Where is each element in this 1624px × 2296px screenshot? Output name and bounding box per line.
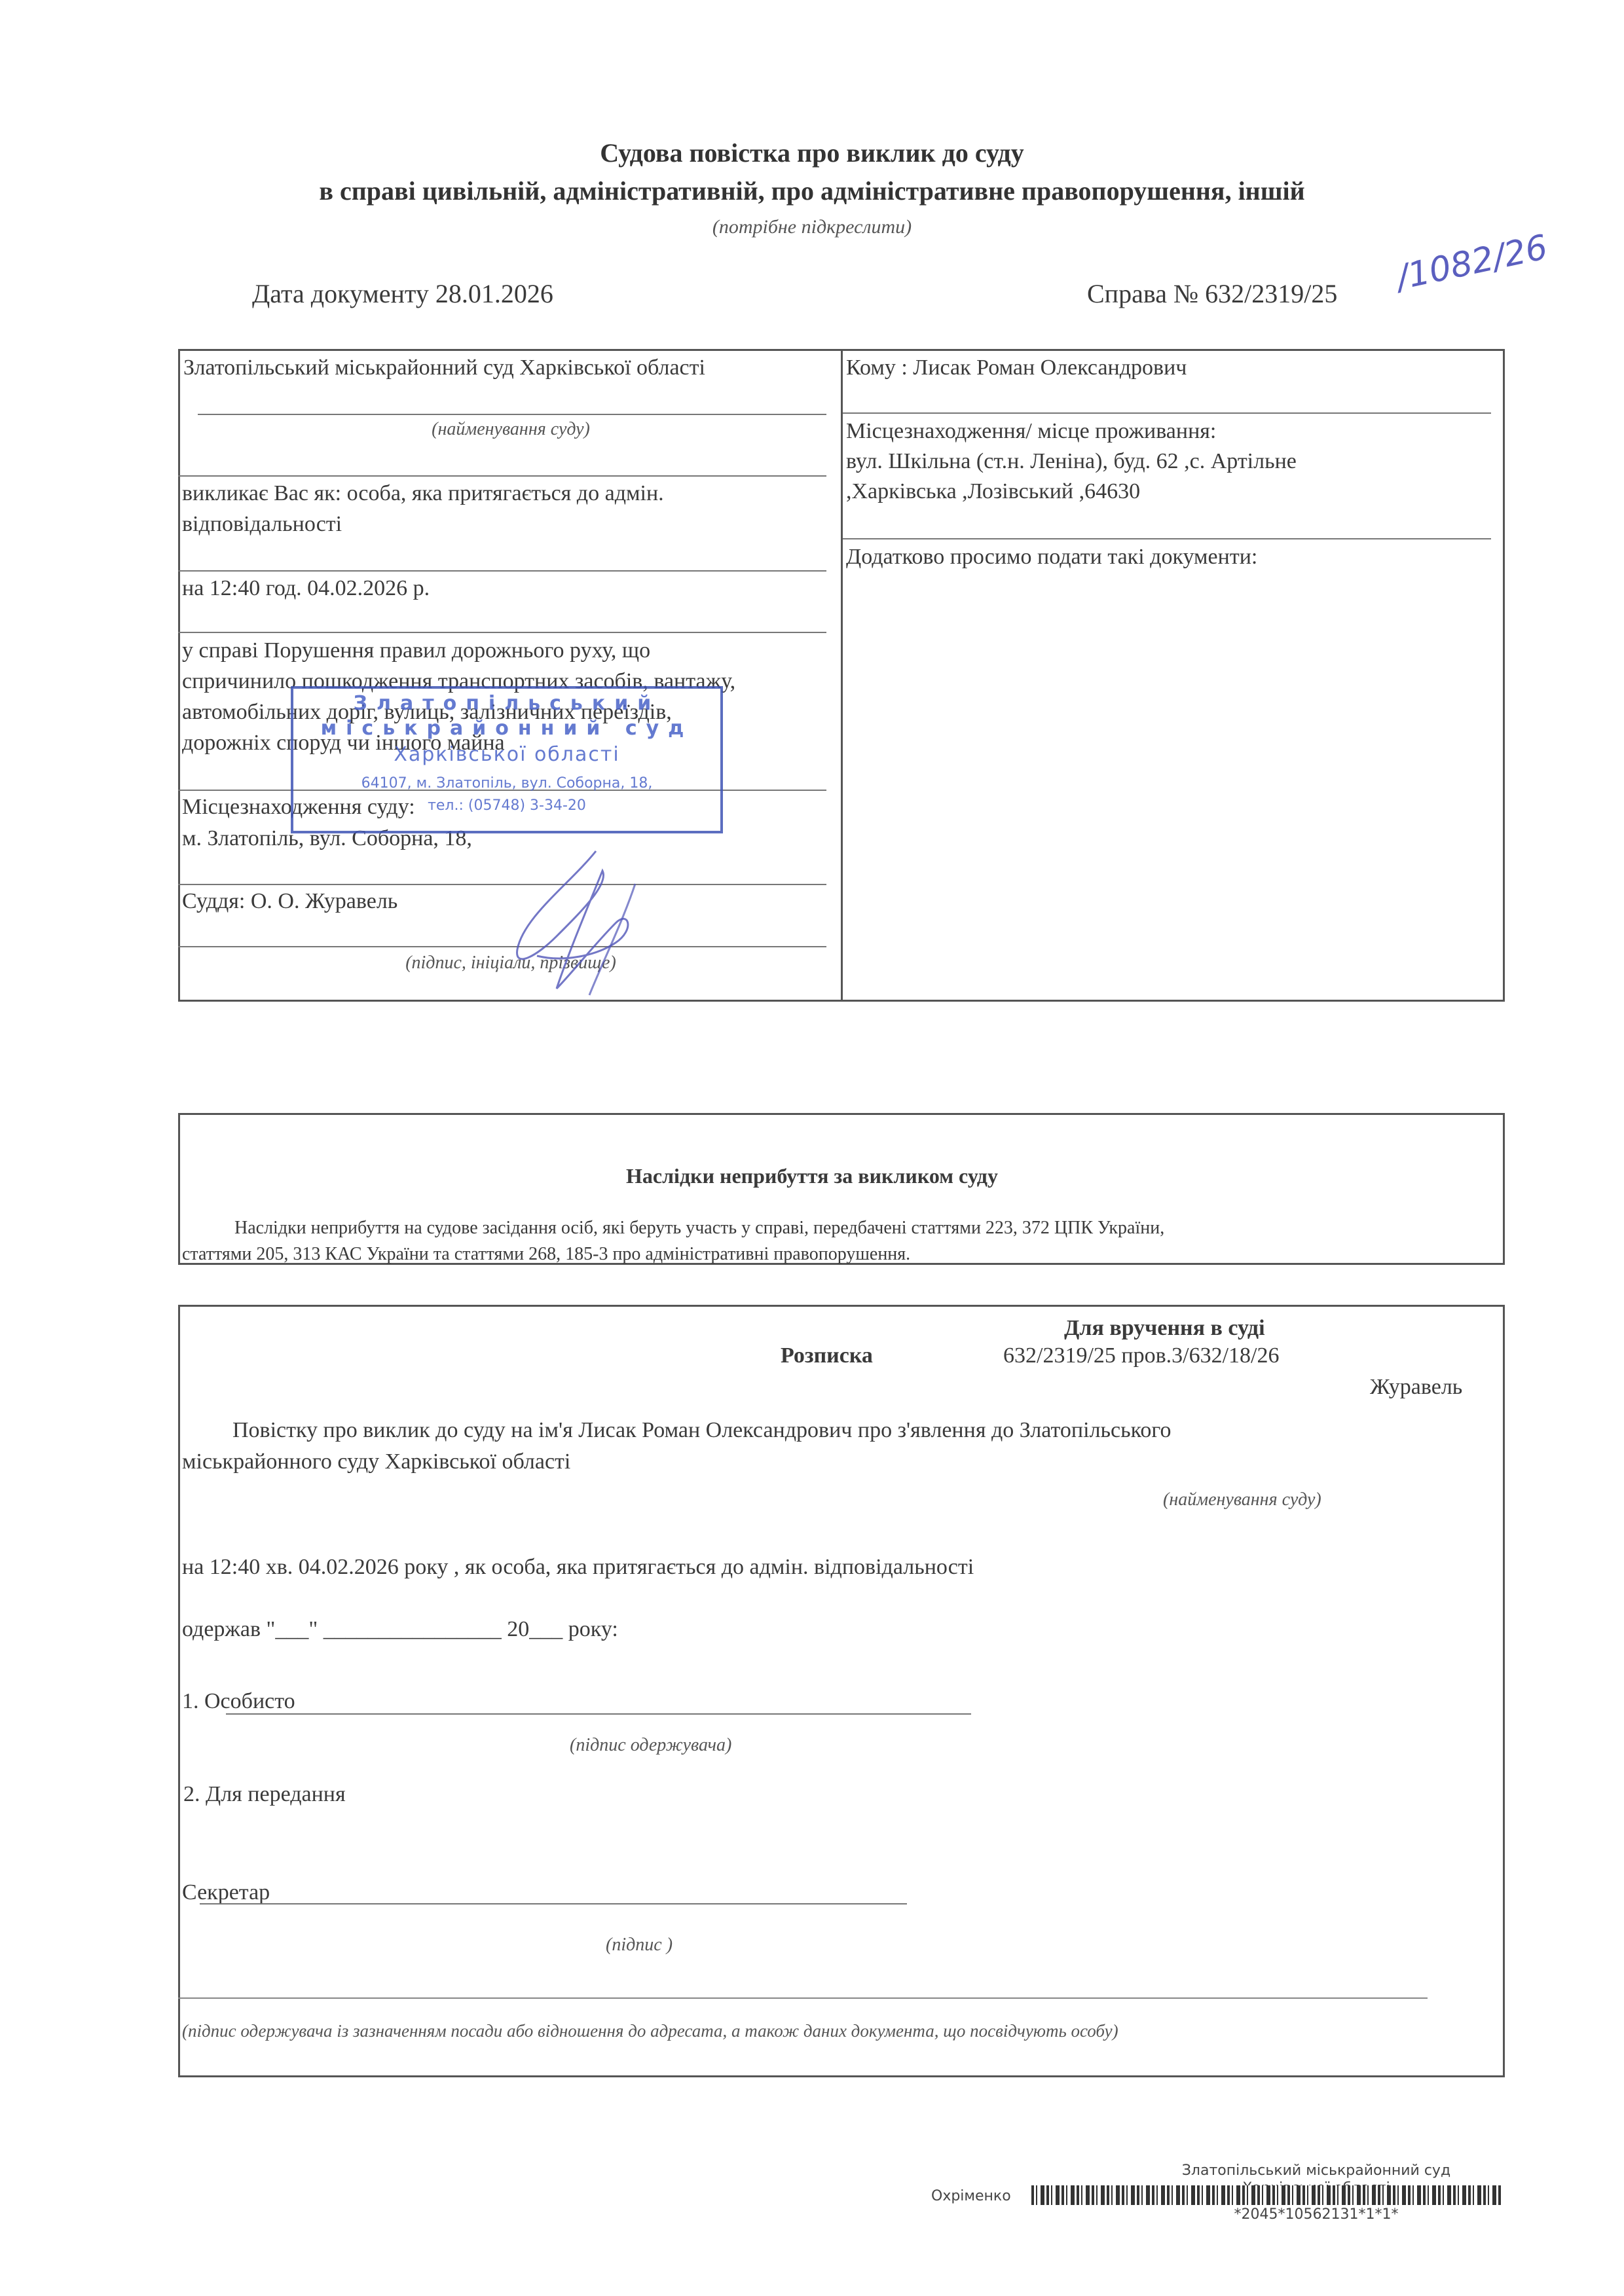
secretary-label: Секретар	[182, 1880, 270, 1905]
recipient-name: Кому : Лисак Роман Олександрович	[846, 355, 1187, 380]
hearing-time: на 12:40 год. 04.02.2026 р.	[182, 576, 430, 601]
divider	[843, 412, 1491, 414]
receipt-case-ref: 632/2319/25 пров.3/632/18/26	[1003, 1343, 1279, 1368]
footer-court-line1: Златопільський міськрайонний суд	[917, 2162, 1624, 2179]
page-subtitle: в справі цивільній, адміністративній, пр…	[0, 175, 1624, 206]
page-title: Судова повістка про виклик до суду	[0, 137, 1624, 168]
divider	[178, 570, 826, 572]
address-line1: вул. Шкільна (ст.н. Леніна), буд. 62 ,с.…	[846, 449, 1297, 474]
for-transfer-label: 2. Для передання	[183, 1782, 346, 1807]
divider	[843, 538, 1491, 539]
document-date: Дата документу 28.01.2026	[252, 278, 553, 309]
recipient-details-line[interactable]	[178, 1997, 1428, 1999]
underline-note: (потрібне підкреслити)	[0, 216, 1624, 238]
barcode-icon	[1031, 2185, 1503, 2205]
divider	[198, 414, 826, 415]
secretary-signature-caption: (підпис )	[606, 1935, 673, 1956]
receipt-judge-surname: Журавель	[1370, 1375, 1462, 1400]
barcode-text: *2045*10562131*1*1*	[917, 2206, 1624, 2223]
delivery-label: Для вручення в суді	[1064, 1316, 1265, 1341]
divider	[178, 632, 826, 633]
recipient-signature-line[interactable]	[226, 1713, 971, 1715]
court-name: Златопільський міськрайонний суд Харківс…	[183, 355, 705, 380]
calls-as-line1: викликає Вас як: особа, яка притягається…	[182, 481, 664, 506]
receipt-court-caption: (найменування суду)	[1163, 1489, 1321, 1510]
consequences-text-line2: статтями 205, 313 КАС України та статтям…	[182, 1244, 910, 1265]
address-label: Місцезнаходження/ місце проживання:	[846, 419, 1216, 444]
personally-label: 1. Особисто	[182, 1689, 295, 1714]
court-name-caption: (найменування суду)	[183, 419, 838, 440]
receipt-title: Розписка	[781, 1343, 873, 1368]
stamp-line4: 64107, м. Златопіль, вул. Соборна, 18,	[293, 776, 720, 791]
receipt-text-line1: Повістку про виклик до суду на ім'я Лиса…	[232, 1418, 1172, 1443]
stamp-line1: Златопільський	[293, 694, 720, 714]
consequences-title: Наслідки неприбуття за викликом суду	[0, 1164, 1624, 1188]
stamp-line5: тел.: (05748) 3-34-20	[293, 799, 720, 813]
secretary-signature-line[interactable]	[200, 1903, 907, 1904]
recipient-details-caption: (підпис одержувача із зазначенням посади…	[182, 2021, 1118, 2041]
judge-signature-icon	[498, 845, 668, 1002]
divider	[178, 475, 826, 477]
case-description-line1: у справі Порушення правил дорожнього рух…	[182, 638, 650, 663]
judge-name: Суддя: О. О. Журавель	[182, 889, 397, 914]
receipt-time-line: на 12:40 хв. 04.02.2026 року , як особа,…	[182, 1555, 974, 1580]
recipient-signature-caption: (підпис одержувача)	[570, 1735, 731, 1756]
footer-clerk: Охріменко	[931, 2188, 1011, 2204]
consequences-text-line1: Наслідки неприбуття на судове засідання …	[234, 1218, 1164, 1239]
stamp-line3: Харківської області	[293, 745, 720, 765]
court-stamp: Златопільський міськрайонний суд Харківс…	[291, 686, 723, 833]
stamp-line2: міськрайонний суд	[293, 719, 720, 738]
consequences-box	[178, 1113, 1505, 1265]
case-number: Справа № 632/2319/25	[1087, 278, 1337, 309]
documents-request: Додатково просимо подати такі документи:	[846, 545, 1257, 570]
summons-table-divider	[841, 349, 843, 1002]
received-date-field[interactable]: одержав "___" ________________ 20___ рок…	[182, 1617, 618, 1642]
receipt-text-line2: міськрайонного суду Харківської області	[182, 1449, 570, 1474]
address-line2: ,Харківська ,Лозівський ,64630	[846, 479, 1140, 504]
calls-as-line2: відповідальності	[182, 512, 342, 537]
